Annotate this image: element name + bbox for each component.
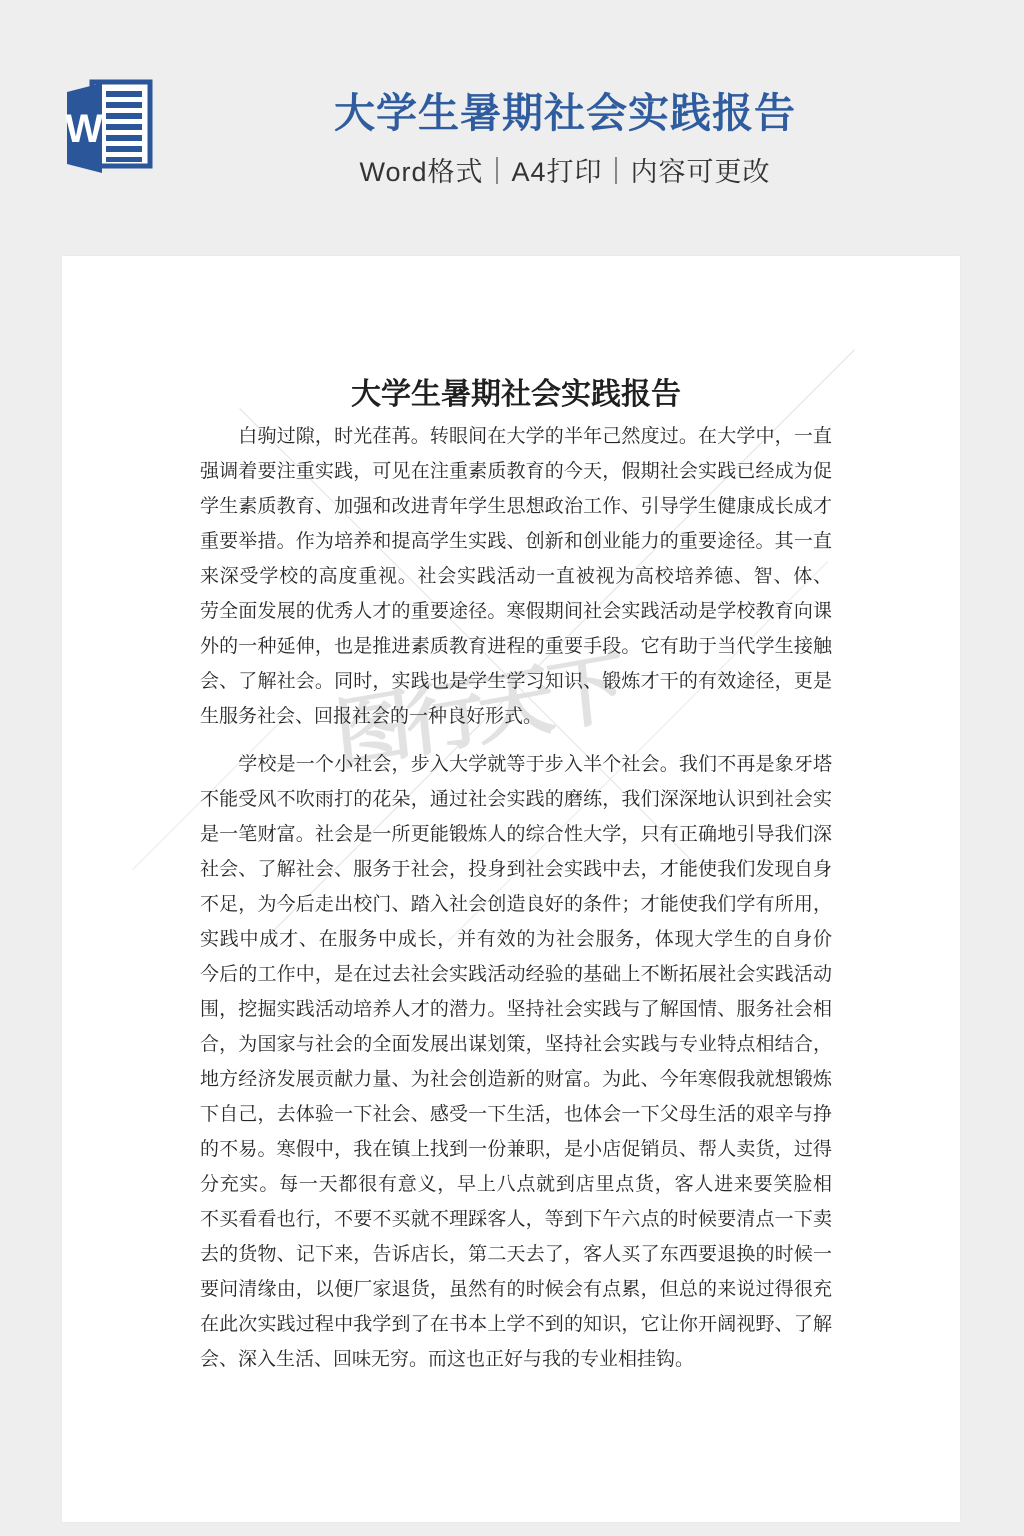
- text-line: 生服务社会、回报社会的一种良好形式。: [200, 699, 832, 734]
- text-line: 外的一种延伸，也是推进素质教育进程的重要手段。它有助于当代学生接触社: [200, 629, 832, 664]
- document-page: 图行天下 大学生暑期社会实践报告 白驹过隙，时光荏苒。转眼间在大学的半年己然度过…: [62, 256, 960, 1522]
- text-line: 在此次实践过程中我学到了在书本上学不到的知识，它让你开阔视野、了解社: [200, 1307, 832, 1342]
- text-line: 学生素质教育、加强和改进青年学生思想政治工作、引导学生健康成长成才的: [200, 489, 832, 524]
- document-body: 白驹过隙，时光荏苒。转眼间在大学的半年己然度过。在大学中，一直在强调着要注重实践…: [200, 419, 832, 1377]
- text-line: 下自己，去体验一下社会、感受一下生活，也体会一下父母生活的艰辛与挣钱: [200, 1097, 832, 1132]
- page-title: 大学生暑期社会实践报告: [170, 90, 960, 136]
- text-line: 社会、了解社会、服务于社会，投身到社会实践中去，才能使我们发现自身的: [200, 852, 832, 887]
- text-line: 分充实。每一天都很有意义，早上八点就到店里点货，客人进来要笑脸相迎，: [200, 1167, 832, 1202]
- header-text: 大学生暑期社会实践报告 Word格式｜A4打印｜内容可更改: [170, 90, 960, 189]
- text-line: 强调着要注重实践，可见在注重素质教育的今天，假期社会实践已经成为促进: [200, 454, 832, 489]
- text-line: 学校是一个小社会，步入大学就等于步入半个社会。我们不再是象牙塔里: [200, 747, 832, 782]
- text-line: 会、了解社会。同时，实践也是学生学习知识、锻炼才干的有效途径，更是学: [200, 664, 832, 699]
- text-line: 是一笔财富。社会是一所更能锻炼人的综合性大学，只有正确地引导我们深入: [200, 817, 832, 852]
- text-line: 劳全面发展的优秀人才的重要途径。寒假期间社会实践活动是学校教育向课堂: [200, 594, 832, 629]
- text-line: 要问清缘由，以便厂家退货，虽然有的时候会有点累，但总的来说过得很充实。: [200, 1272, 832, 1307]
- preview-header: W 大学生暑期社会实践报告 Word格式｜A4打印｜内容可更改: [0, 0, 1024, 256]
- text-line: 的不易。寒假中，我在镇上找到一份兼职，是小店促销员、帮人卖货，过得十: [200, 1132, 832, 1167]
- text-line: 重要举措。作为培养和提高学生实践、创新和创业能力的重要途径。其一直以: [200, 524, 832, 559]
- document-title: 大学生暑期社会实践报告: [200, 369, 832, 413]
- text-line: 合，为国家与社会的全面发展出谋划策，坚持社会实践与专业特点相结合，为: [200, 1027, 832, 1062]
- text-line: 不足，为今后走出校门、踏入社会创造良好的条件；才能使我们学有所用，在: [200, 887, 832, 922]
- text-line: 会、深入生活、回味无穷。而这也正好与我的专业相挂钩。: [200, 1342, 832, 1377]
- paragraph: 学校是一个小社会，步入大学就等于步入半个社会。我们不再是象牙塔里不能受风不吹雨打…: [200, 747, 832, 1377]
- text-line: 围，挖掘实践活动培养人才的潜力。坚持社会实践与了解国情、服务社会相结: [200, 992, 832, 1027]
- text-line: 来深受学校的高度重视。社会实践活动一直被视为高校培养德、智、体、美、: [200, 559, 832, 594]
- text-line: 实践中成才、在服务中成长，并有效的为社会服务，体现大学生的自身价值。: [200, 922, 832, 957]
- word-icon-letter: W: [65, 107, 103, 151]
- text-line: 不能受风不吹雨打的花朵，通过社会实践的磨练，我们深深地认识到社会实践: [200, 782, 832, 817]
- text-line: 去的货物、记下来，告诉店长，第二天去了，客人买了东西要退换的时候一定: [200, 1237, 832, 1272]
- text-line: 不买看看也行，不要不买就不理踩客人，等到下午六点的时候要清点一下卖出: [200, 1202, 832, 1237]
- paragraph: 白驹过隙，时光荏苒。转眼间在大学的半年己然度过。在大学中，一直在强调着要注重实践…: [200, 419, 832, 734]
- word-icon: W: [64, 76, 156, 178]
- text-line: 地方经济发展贡献力量、为社会创造新的财富。为此、今年寒假我就想锻炼一: [200, 1062, 832, 1097]
- text-line: 今后的工作中，是在过去社会实践活动经验的基础上不断拓展社会实践活动范: [200, 957, 832, 992]
- text-line: 白驹过隙，时光荏苒。转眼间在大学的半年己然度过。在大学中，一直在: [200, 419, 832, 454]
- page-subtitle: Word格式｜A4打印｜内容可更改: [170, 150, 960, 189]
